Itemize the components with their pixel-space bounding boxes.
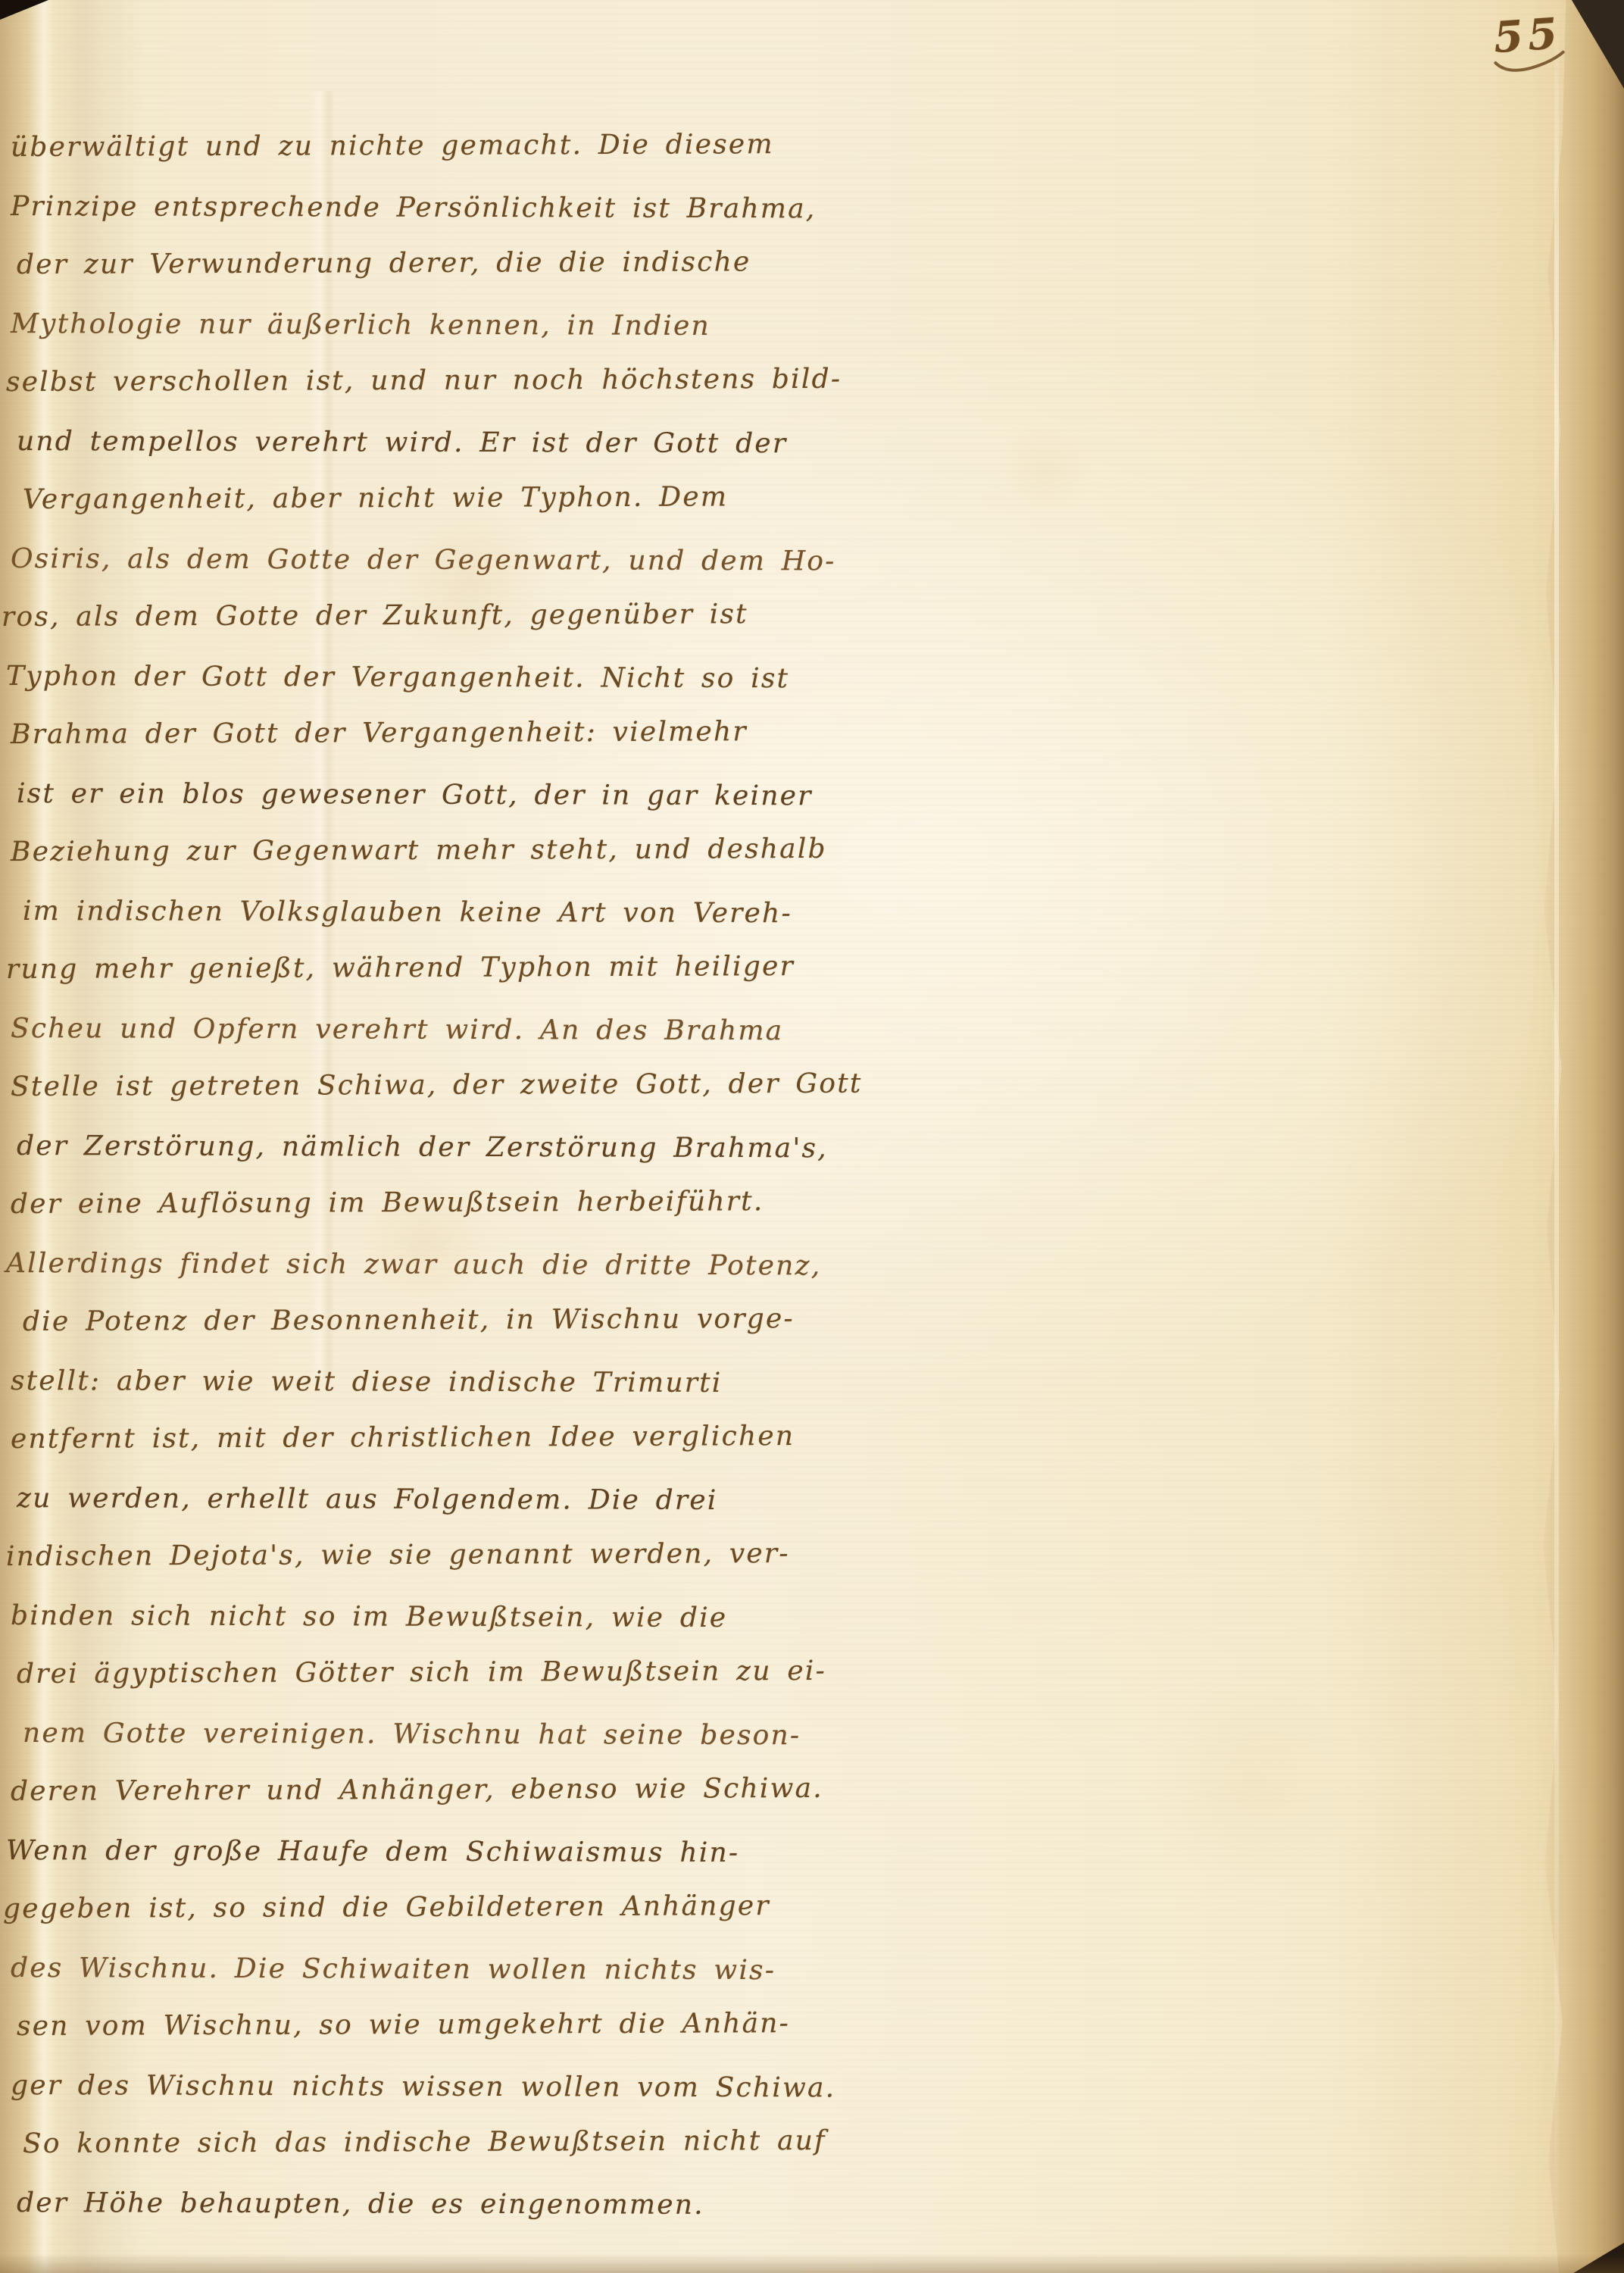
manuscript-line: der eine Auflösung im Bewußtsein herbeif… xyxy=(11,1172,897,1234)
manuscript-line: zu werden, erhellt aus Folgendem. Die dr… xyxy=(17,1469,897,1530)
manuscript-line: Stelle ist getreten Schiwa, der zweite G… xyxy=(11,1055,897,1117)
manuscript-scan: 55 überwältigt und zu nichte gemacht. Di… xyxy=(0,0,1624,2273)
manuscript-line: im indischen Volksglauben keine Art von … xyxy=(23,882,897,943)
manuscript-line: deren Verehrer und Anhänger, ebenso wie … xyxy=(11,1759,897,1821)
manuscript-line: der Höhe behaupten, die es eingenommen. xyxy=(17,2174,897,2235)
manuscript-line: Prinzipe entsprechende Persönlichkeit is… xyxy=(11,177,897,239)
manuscript-line: Beziehung zur Gegenwart mehr steht, und … xyxy=(11,820,897,882)
page-number-flourish xyxy=(1490,47,1575,79)
manuscript-line: der Zerstörung, nämlich der Zerstörung B… xyxy=(17,1117,897,1178)
page-number: 55 xyxy=(1492,8,1563,63)
manuscript-line: Brahma der Gott der Vergangenheit: vielm… xyxy=(11,702,897,764)
manuscript-line: ist er ein blos gewesener Gott, der in g… xyxy=(17,764,897,826)
manuscript-line: Osiris, als dem Gotte der Gegenwart, und… xyxy=(11,530,897,591)
manuscript-line: Scheu und Opfern verehrt wird. An des Br… xyxy=(11,999,897,1061)
manuscript-line: indischen Dejota's, wie sie genannt werd… xyxy=(6,1524,897,1586)
manuscript-page: 55 überwältigt und zu nichte gemacht. Di… xyxy=(0,0,1624,2273)
manuscript-line: Typhon der Gott der Vergangenheit. Nicht… xyxy=(6,647,897,708)
manuscript-line: nem Gotte vereinigen. Wischnu hat seine … xyxy=(23,1704,897,1765)
manuscript-line: Mythologie nur äußerlich kennen, in Indi… xyxy=(11,295,897,356)
manuscript-line: entfernt ist, mit der christlichen Idee … xyxy=(11,1407,897,1469)
manuscript-line: überwältigt und zu nichte gemacht. Die d… xyxy=(11,115,897,177)
deckle-edge-highlight xyxy=(1554,0,1559,2273)
manuscript-line: drei ägyptischen Götter sich im Bewußtse… xyxy=(17,1642,897,1704)
manuscript-line: binden sich nicht so im Bewußtsein, wie … xyxy=(11,1587,897,1648)
manuscript-line: selbst verschollen ist, und nur noch höc… xyxy=(6,349,897,411)
manuscript-line: der zur Verwunderung derer, die die indi… xyxy=(17,233,897,295)
manuscript-line: gegeben ist, so sind die Gebildeteren An… xyxy=(3,1876,897,1938)
manuscript-line: und tempellos verehrt wird. Er ist der G… xyxy=(17,412,897,474)
deckle-edge xyxy=(1536,0,1624,2273)
manuscript-line: stellt: aber wie weit diese indische Tri… xyxy=(11,1352,897,1413)
scan-dark-nick-top-left xyxy=(0,0,48,20)
manuscript-text: überwältigt und zu nichte gemacht. Die d… xyxy=(11,118,897,2232)
manuscript-line: Wenn der große Haufe dem Schiwaismus hin… xyxy=(6,1821,897,1883)
manuscript-line: rung mehr genießt, während Typhon mit he… xyxy=(6,936,897,999)
manuscript-line: ros, als dem Gotte der Zukunft, gegenübe… xyxy=(2,584,897,646)
manuscript-line: sen vom Wischnu, so wie umgekehrt die An… xyxy=(17,1994,897,2056)
manuscript-line: Vergangenheit, aber nicht wie Typhon. De… xyxy=(23,467,897,530)
manuscript-line: Allerdings findet sich zwar auch die dri… xyxy=(6,1234,897,1296)
manuscript-line: ger des Wischnu nichts wissen wollen vom… xyxy=(11,2056,897,2118)
manuscript-line: des Wischnu. Die Schiwaiten wollen nicht… xyxy=(11,1939,897,2000)
manuscript-line: die Potenz der Besonnenheit, in Wischnu … xyxy=(23,1290,897,1352)
manuscript-line: So konnte sich das indische Bewußtsein n… xyxy=(23,2112,897,2174)
page-bottom-edge-shadow xyxy=(0,2253,1624,2273)
